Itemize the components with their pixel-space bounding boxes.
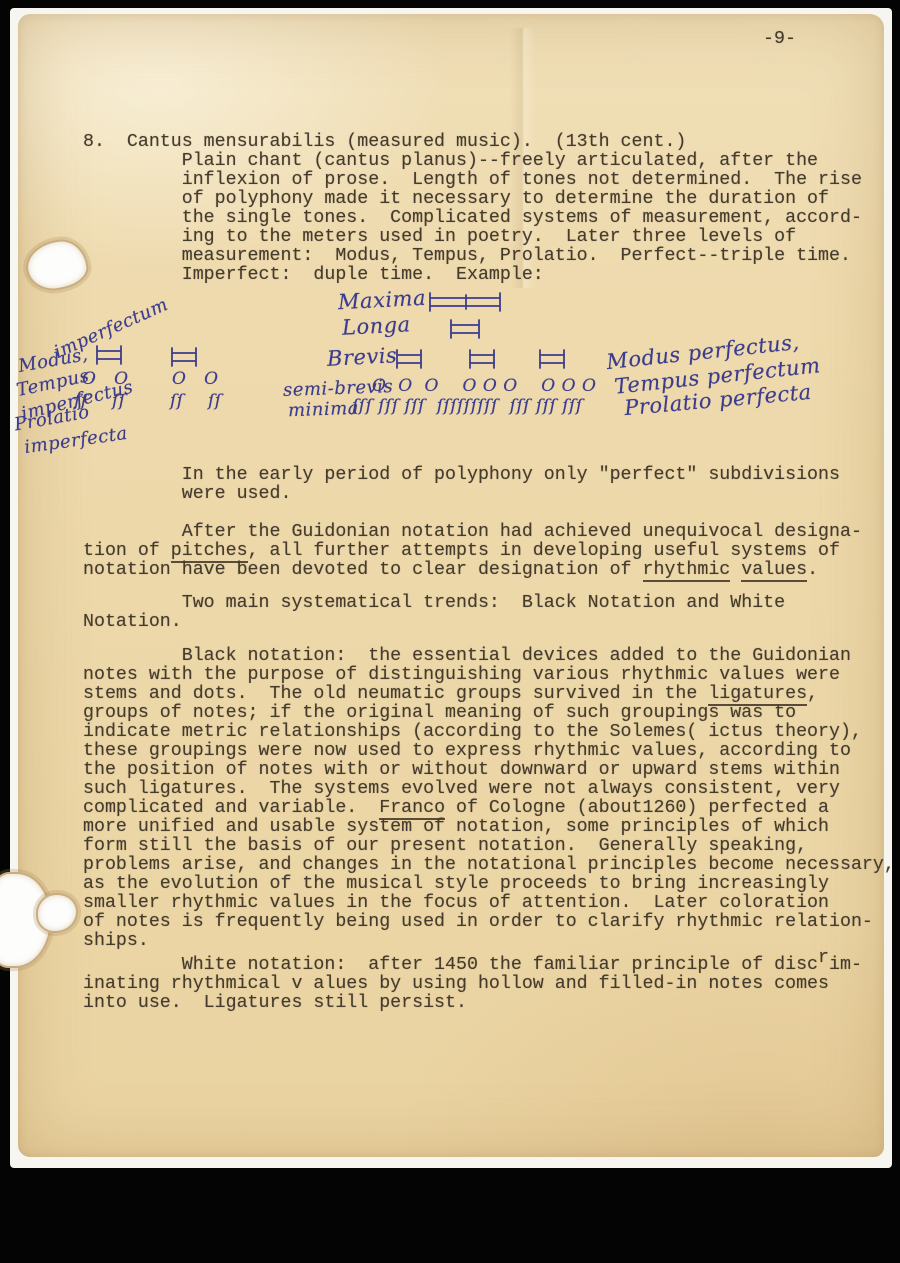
brevis-ligature-icon <box>93 344 125 366</box>
maxima-ligature-icon <box>427 291 503 313</box>
minima-notes-row: ſſſ ſſſ ſſſ ſſſſſſſſſ ſſſ ſſſ ſſſ <box>352 396 583 416</box>
brevis-ligature-icon <box>466 348 498 370</box>
handwritten-diagram: Maxima Longa Brevis semi-brevis O O O O … <box>0 0 900 1263</box>
longa-label: Longa <box>341 312 411 340</box>
maxima-label: Maxima <box>337 286 426 315</box>
minima-pair: ſſ <box>170 391 184 411</box>
minima-pair: ſſ <box>208 391 222 411</box>
minima-pair: ſſ <box>112 391 126 411</box>
semibrevis-circles-row: O O O O O O O O O <box>372 376 596 396</box>
longa-ligature-icon <box>447 318 483 340</box>
semibrevis-circle-pair: O O <box>172 369 219 389</box>
minima-label: minima <box>288 398 360 421</box>
brevis-ligature-icon <box>168 346 200 368</box>
brevis-ligature-icon <box>536 348 568 370</box>
brevis-label: Brevis <box>326 343 397 371</box>
brevis-ligature-icon <box>393 348 425 370</box>
